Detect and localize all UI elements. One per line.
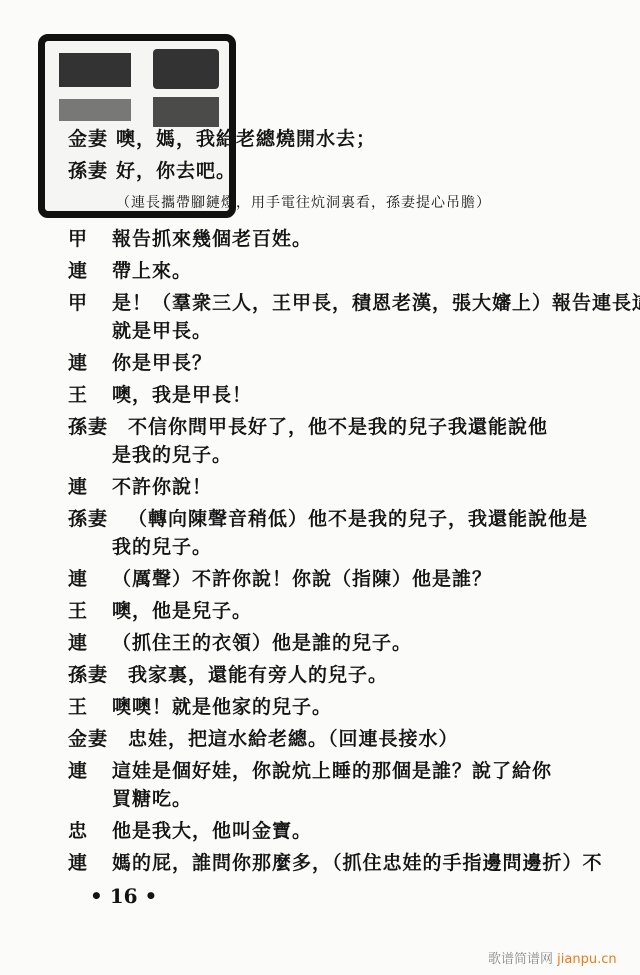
stage-direction: （連長攜帶腳鏈燈，用手電往炕洞裏看，孫妻提心吊膽） [116, 192, 491, 214]
watermark-site: 歌谱简谱网 [488, 952, 553, 967]
dialogue-line: 甲報告抓來幾個老百姓。 [68, 228, 88, 250]
seal-glyph [153, 49, 219, 89]
speaker-name: 連 [68, 568, 88, 590]
scanned-script-page: 金妻噢，媽，我給老總燒開水去；孫妻好，你去吧。（連長攜帶腳鏈燈，用手電往炕洞裏看… [0, 0, 640, 975]
speaker-name: 連 [68, 852, 88, 874]
speaker-name: 連 [68, 476, 88, 498]
dialogue-line: 王噢，我是甲長！ [68, 384, 88, 406]
dialogue-text: 是！（羣衆三人，王甲長，積恩老漢，張大嬸上）報告連長這 [112, 292, 640, 314]
dialogue-line: 孫妻（轉向陳聲音稍低）他不是我的兒子，我還能說他是 [68, 508, 108, 530]
dialogue-line: 忠他是我大，他叫金寶。 [68, 820, 88, 842]
dialogue-text: 噢，他是兒子。 [112, 600, 252, 622]
dialogue-line: 連（抓住王的衣領）他是誰的兒子。 [68, 632, 88, 654]
dialogue-line: 王噢噢！就是他家的兒子。 [68, 696, 88, 718]
dialogue-text: 這娃是個好娃，你說炕上睡的那個是誰？說了給你 [112, 760, 552, 782]
dialogue-line: 孫妻不信你問甲長好了，他不是我的兒子我還能說他 [68, 416, 108, 438]
dialogue-line: 連這娃是個好娃，你說炕上睡的那個是誰？說了給你 [68, 760, 88, 782]
speaker-name: 金妻 [68, 128, 108, 150]
speaker-name: 王 [68, 384, 88, 406]
speaker-name: 孫妻 [68, 160, 108, 182]
dialogue-text: 帶上來。 [112, 260, 192, 282]
dialogue-text: 他是我大，他叫金寶。 [112, 820, 312, 842]
watermark: 歌谱简谱网 jianpu.cn [488, 948, 617, 967]
dialogue-line: 連（厲聲）不許你說！你說（指陳）他是誰？ [68, 568, 88, 590]
dialogue-line: 連你是甲長？ [68, 352, 88, 374]
speaker-name: 金妻 [68, 728, 108, 750]
dialogue-text: 噢，我是甲長！ [112, 384, 252, 406]
speaker-name: 連 [68, 352, 88, 374]
dialogue-text: 報告抓來幾個老百姓。 [112, 228, 312, 250]
dialogue-text: 買糖吃。 [112, 788, 192, 810]
dialogue-line: 連不許你說！ [68, 476, 88, 498]
dialogue-line: 連媽的屁，誰問你那麼多，（抓住忠娃的手指邊問邊折）不 [68, 852, 88, 874]
dialogue-text: 不信你問甲長好了，他不是我的兒子我還能說他 [128, 416, 548, 438]
dialogue-text: （厲聲）不許你說！你說（指陳）他是誰？ [112, 568, 492, 590]
dialogue-text: 噢，媽，我給老總燒開水去； [116, 128, 376, 150]
seal-glyph [153, 97, 219, 127]
watermark-url: jianpu.cn [557, 952, 616, 967]
dialogue-text: 好，你去吧。 [116, 160, 236, 182]
speaker-name: 孫妻 [68, 664, 108, 686]
dialogue-text: （抓住王的衣領）他是誰的兒子。 [112, 632, 412, 654]
seal-glyph [59, 99, 131, 121]
page-number: • 16 • [90, 884, 157, 908]
dialogue-text: 我家裏，還能有旁人的兒子。 [128, 664, 388, 686]
dialogue-line: 孫妻好，你去吧。 [68, 160, 108, 182]
dialogue-text: （轉向陳聲音稍低）他不是我的兒子，我還能說他是 [128, 508, 588, 530]
dialogue-line: 金妻噢，媽，我給老總燒開水去； [68, 128, 108, 150]
speaker-name: 甲 [68, 292, 88, 314]
speaker-name: 連 [68, 632, 88, 654]
dialogue-text: 忠娃，把這水給老總。（回連長接水） [128, 728, 459, 750]
dialogue-text: 不許你說！ [112, 476, 212, 498]
library-seal-stamp [38, 34, 236, 218]
speaker-name: 連 [68, 760, 88, 782]
speaker-name: 連 [68, 260, 88, 282]
speaker-name: 甲 [68, 228, 88, 250]
dialogue-text: 我的兒子。 [112, 536, 212, 558]
speaker-name: 王 [68, 696, 88, 718]
speaker-name: 王 [68, 600, 88, 622]
speaker-name: 孫妻 [68, 416, 108, 438]
speaker-name: 忠 [68, 820, 88, 842]
seal-glyph [59, 53, 131, 87]
dialogue-text: 是我的兒子。 [112, 444, 232, 466]
dialogue-text: 媽的屁，誰問你那麼多，（抓住忠娃的手指邊問邊折）不 [112, 852, 603, 874]
dialogue-line: 連帶上來。 [68, 260, 88, 282]
dialogue-text: 噢噢！就是他家的兒子。 [112, 696, 332, 718]
dialogue-line: 王噢，他是兒子。 [68, 600, 88, 622]
dialogue-text: 你是甲長？ [112, 352, 212, 374]
speaker-name: 孫妻 [68, 508, 108, 530]
dialogue-line: 金妻忠娃，把這水給老總。（回連長接水） [68, 728, 108, 750]
dialogue-text: 就是甲長。 [112, 320, 212, 342]
dialogue-line: 孫妻我家裏，還能有旁人的兒子。 [68, 664, 108, 686]
dialogue-line: 甲是！（羣衆三人，王甲長，積恩老漢，張大嬸上）報告連長這 [68, 292, 88, 314]
